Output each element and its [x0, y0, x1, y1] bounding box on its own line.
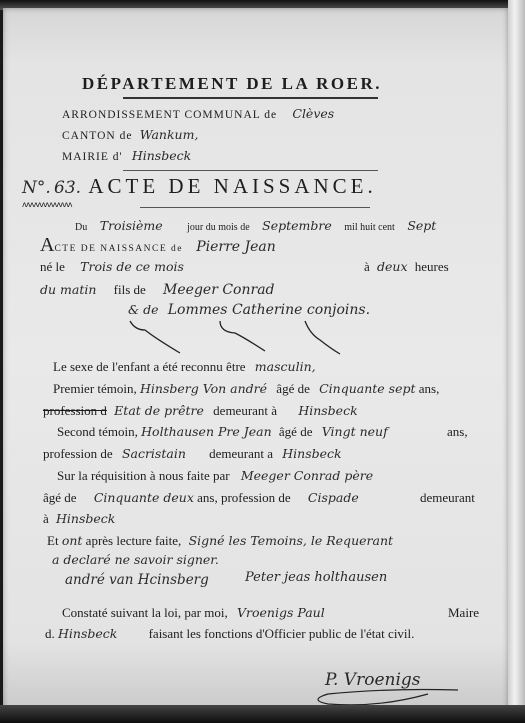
sex-value: masculin, [255, 359, 316, 374]
attestation-row: Constaté suivant la loi, par moi, Vroeni… [62, 605, 325, 621]
reading-row: Et ont après lecture faite, Signé les Te… [47, 533, 393, 549]
sex-label: Le sexe de l'enfant a été reconnu être [53, 359, 246, 374]
witness1-residence-label: demeurant à [213, 403, 277, 418]
attestation-label: Constaté suivant la loi, par moi, [62, 605, 228, 620]
arrondissement-label: ARRONDISSEMENT COMMUNAL de [62, 109, 277, 121]
requisition-age-suffix: ans, profession de [197, 490, 291, 505]
witness1-age-suffix: ans, [419, 381, 440, 396]
mother-row: & de Lommes Catherine conjoins. [128, 302, 370, 318]
witness2-profession: Sacristain [122, 446, 186, 461]
requisition-profession: Cispade [308, 490, 359, 505]
reading-declaration: a declaré ne savoir signer. [52, 552, 219, 567]
date-row: Du Troisième jour du mois de Septembre m… [75, 218, 436, 233]
mairie-row: MAIRIE d' Hinsbeck [62, 148, 191, 164]
mairie-value: Hinsbeck [132, 148, 191, 163]
witness1-age-label: âgé de [276, 381, 310, 396]
title-bottom-rule [140, 207, 370, 208]
page-right-margin [508, 0, 525, 723]
place-prefix: d. [45, 626, 55, 641]
date-day: Troisième [100, 218, 163, 233]
witness2-signature: Peter jeas holthausen [245, 570, 387, 585]
act-label: CTE DE NAISSANCE de [54, 244, 183, 254]
canton-value: Wankum, [140, 127, 199, 142]
scan-bottom-edge [0, 705, 525, 723]
ornament-zigzag: ʌʌʌʌʌʌʌʌʌʌʌʌʌ [22, 200, 72, 209]
requisition-label: Sur la réquisition à nous faite par [57, 468, 230, 483]
requisition-row: Sur la réquisition à nous faite par Meeg… [57, 468, 373, 484]
officer-function-row: d. Hinsbeck faisant les fonctions d'Offi… [45, 626, 414, 642]
arrondissement-value: Clèves [292, 106, 334, 121]
witness1-profession-label: profession d [43, 403, 107, 418]
witness1-residence: Hinsbeck [298, 403, 357, 418]
witness1-age: Cinquante sept [319, 381, 415, 396]
officer-place: Hinsbeck [58, 626, 117, 641]
reading-label: après lecture faite, [86, 533, 182, 548]
witness2-residence: Hinsbeck [282, 446, 341, 461]
act-title: ACTE DE NAISSANCE. [88, 174, 376, 198]
witness2-name: Holthausen Pre Jean [141, 424, 272, 439]
arrondissement-row: ARRONDISSEMENT COMMUNAL de Clèves [62, 106, 334, 122]
mother-name: Lommes Catherine conjoins. [168, 302, 370, 318]
witness1-profession: Etat de prêtre [114, 403, 204, 418]
mairie-label: MAIRIE d' [62, 151, 123, 163]
born-row: né le Trois de ce mois [40, 259, 184, 275]
father-name: Meeger Conrad [163, 282, 274, 298]
date-year-prefix: mil huit cent [344, 222, 395, 233]
act-first-letter: A [40, 234, 54, 256]
witness2-row: Second témoin, Holthausen Pre Jean âgé d… [57, 424, 388, 440]
requisition-age-row: âgé de Cinquante deux ans, profession de… [43, 490, 359, 506]
title-top-rule [123, 170, 378, 171]
child-name: Pierre Jean [196, 239, 276, 255]
requisition-residence-label: demeurant [420, 490, 475, 506]
hour-suffix: heures [415, 259, 449, 274]
requisition-age-label: âgé de [43, 490, 77, 505]
witness2-age-label: âgé de [279, 424, 313, 439]
witness1-label: Premier témoin, [53, 381, 137, 396]
canton-label: CANTON de [62, 130, 132, 142]
born-prefix: né le [40, 259, 65, 274]
witness1-name: Hinsberg Von andré [140, 381, 267, 396]
mother-prefix: & de [128, 302, 159, 317]
flourish-marks [125, 318, 345, 358]
witness2-age-suffix: ans, [447, 424, 468, 440]
date-mid-label: jour du mois de [187, 222, 250, 233]
reading-hw1: ont [62, 533, 83, 548]
witness2-label: Second témoin, [57, 424, 138, 439]
requisition-residence: Hinsbeck [56, 511, 115, 526]
son-of-label: fils de [114, 282, 146, 297]
requisition-name: Meeger Conrad père [241, 468, 373, 483]
witness2-profession-row: profession de Sacristain demeurant a Hin… [43, 446, 342, 462]
header-rule [123, 97, 378, 99]
father-row: du matin fils de Meeger Conrad [40, 282, 275, 298]
signature-flourish [308, 680, 468, 708]
canton-row: CANTON de Wankum, [62, 127, 198, 143]
date-month: Septembre [262, 218, 332, 233]
born-hour: à deux heures [364, 259, 449, 275]
title-row: N°. 63. ACTE DE NAISSANCE. [22, 174, 377, 199]
witness1-signature: andré van Hcinsberg [65, 572, 209, 588]
officer-role: Maire [448, 605, 479, 621]
witness2-age: Vingt neuf [322, 424, 388, 439]
hour-prefix: à [364, 259, 370, 274]
born-date: Trois de ce mois [80, 259, 184, 274]
date-prefix: Du [75, 222, 87, 233]
requisition-residence-row: à Hinsbeck [43, 511, 115, 527]
officer-function: faisant les fonctions d'Officier public … [149, 626, 415, 641]
requisition-age: Cinquante deux [94, 490, 194, 505]
time-of-day: du matin [40, 282, 96, 297]
act-number-value: 63. [54, 178, 81, 198]
act-number-label: N°. [22, 178, 51, 198]
date-year-value: Sept [407, 218, 436, 233]
witness1-profession-row: profession d Etat de prêtre demeurant à … [43, 403, 358, 419]
hour-value: deux [377, 259, 408, 274]
sex-row: Le sexe de l'enfant a été reconnu être m… [53, 359, 316, 375]
witness1-row: Premier témoin, Hinsberg Von andré âgé d… [53, 381, 439, 397]
department-heading: DÉPARTEMENT DE LA ROER. [82, 74, 382, 94]
requisition-residence-prefix: à [43, 511, 49, 526]
reading-signed: Signé les Temoins, le Requerant [189, 533, 393, 548]
reading-prefix: Et [47, 533, 59, 548]
subject-row: ACTE DE NAISSANCE de Pierre Jean [40, 234, 276, 257]
witness2-residence-label: demeurant a [209, 446, 273, 461]
officer-name: Vroenigs Paul [237, 605, 325, 620]
witness2-profession-label: profession de [43, 446, 113, 461]
